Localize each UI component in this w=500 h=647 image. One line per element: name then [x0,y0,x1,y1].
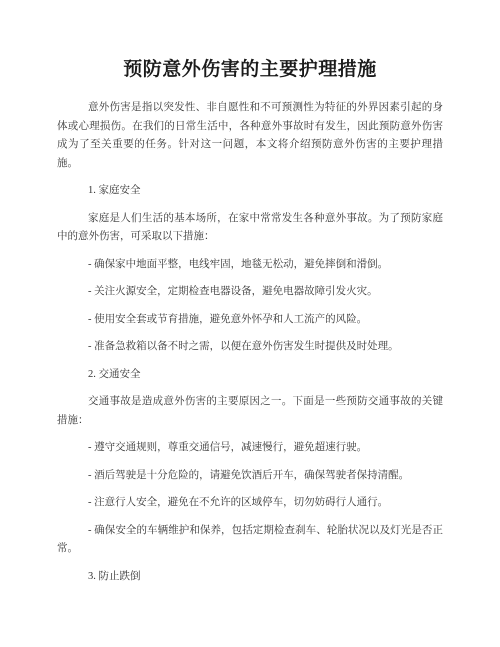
bullet-item: - 准备急救箱以备不时之需，以便在意外伤害发生时提供及时处理。 [57,338,443,357]
intro-paragraph: 意外伤害是指以突发性、非自愿性和不可预测性为特征的外界因素引起的身体或心理损伤。… [57,99,443,173]
bullet-item: - 确保家中地面平整，电线牢固，地毯无松动，避免摔倒和滑倒。 [57,256,443,275]
bullet-item: - 确保安全的车辆维护和保养，包括定期检查刹车、轮胎状况以及灯光是否正常。 [57,522,443,559]
section-1-paragraph: 家庭是人们生活的基本场所，在家中常常发生各种意外事故。为了预防家庭中的意外伤害，… [57,210,443,247]
bullet-item: - 遵守交通规则，尊重交通信号，减速慢行，避免超速行驶。 [57,439,443,458]
section-2-paragraph: 交通事故是造成意外伤害的主要原因之一。下面是一些预防交通事故的关键措施： [57,393,443,430]
bullet-item: - 使用安全套或节育措施，避免意外怀孕和人工流产的风险。 [57,311,443,330]
section-heading-2: 2. 交通安全 [57,366,443,385]
document-title: 预防意外伤害的主要护理措施 [57,56,443,83]
bullet-item: - 注意行人安全，避免在不允许的区域停车，切勿妨碍行人通行。 [57,494,443,513]
section-heading-1: 1. 家庭安全 [57,182,443,201]
section-heading-3: 3. 防止跌倒 [57,568,443,587]
bullet-item: - 关注火源安全，定期检查电器设备，避免电器故障引发火灾。 [57,283,443,302]
bullet-item: - 酒后驾驶是十分危险的，请避免饮酒后开车，确保驾驶者保持清醒。 [57,467,443,486]
document-page: 预防意外伤害的主要护理措施 意外伤害是指以突发性、非自愿性和不可预测性为特征的外… [0,0,500,647]
